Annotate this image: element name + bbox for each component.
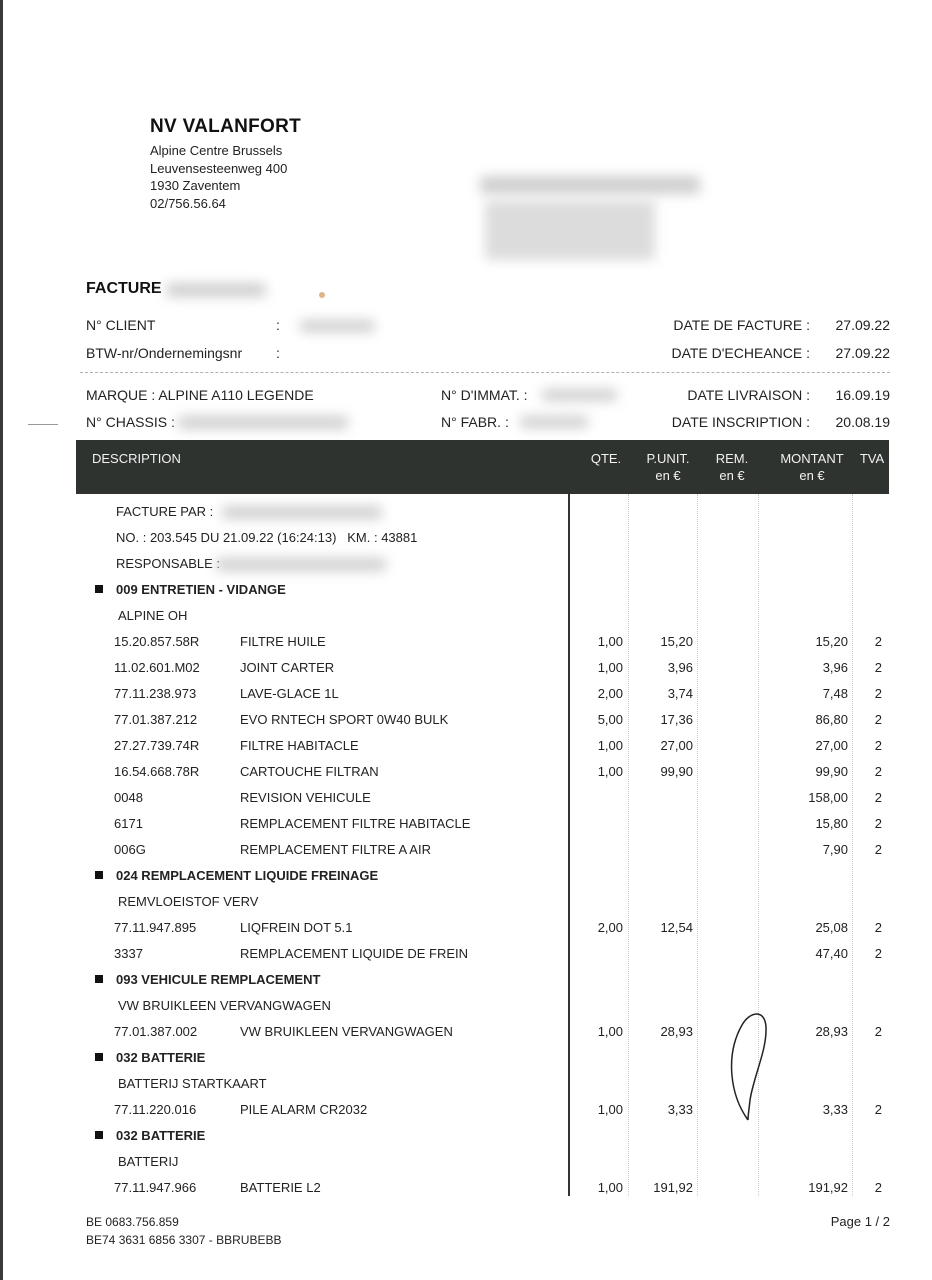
table-row: 15.20.857.58RFILTRE HUILE1,0015,2015,202 bbox=[76, 634, 889, 660]
table-row: 16.54.668.78RCARTOUCHE FILTRAN1,0099,909… bbox=[76, 764, 889, 790]
btw-label: BTW-nr/Ondernemingsnr bbox=[86, 345, 242, 361]
order-reference: NO. : 203.545 DU 21.09.22 (16:24:13) KM.… bbox=[116, 530, 929, 556]
amount: 15,20 bbox=[815, 634, 848, 649]
subsection-text: VW BRUIKLEEN VERVANGWAGEN bbox=[118, 998, 331, 1013]
redacted-chassis bbox=[178, 416, 348, 429]
square-bullet-icon bbox=[95, 585, 103, 593]
col-discount: REM. en € bbox=[708, 450, 756, 484]
table-row: 77.11.947.895LIQFREIN DOT 5.12,0012,5425… bbox=[76, 920, 889, 946]
part-code: 77.11.947.895 bbox=[114, 920, 196, 935]
unit-price: 15,20 bbox=[660, 634, 693, 649]
vat-code: 2 bbox=[875, 1024, 882, 1039]
subsection-label: BATTERIJ bbox=[76, 1154, 889, 1180]
section-divider bbox=[80, 372, 890, 373]
part-code: 77.11.220.016 bbox=[114, 1102, 196, 1117]
bank-account: BE74 3631 6856 3307 - BBRUBEBB bbox=[86, 1233, 281, 1247]
section-title: 009 ENTRETIEN - VIDANGE bbox=[116, 582, 286, 597]
table-row: 11.02.601.M02JOINT CARTER1,003,963,962 bbox=[76, 660, 889, 686]
subsection-text: BATTERIJ bbox=[118, 1154, 178, 1169]
redacted-client-number bbox=[300, 320, 375, 332]
col-description: DESCRIPTION bbox=[92, 450, 181, 467]
redacted-manufacturer-number bbox=[520, 416, 588, 428]
item-description: CARTOUCHE FILTRAN bbox=[240, 764, 379, 779]
part-code: 0048 bbox=[114, 790, 143, 805]
item-description: REVISION VEHICULE bbox=[240, 790, 371, 805]
col-unit-price: P.UNIT. en € bbox=[638, 450, 698, 484]
subsection-text: REMVLOEISTOF VERV bbox=[118, 894, 258, 909]
vat-code: 2 bbox=[875, 842, 882, 857]
vat-code: 2 bbox=[875, 1180, 882, 1195]
subsection-label: ALPINE OH bbox=[76, 608, 889, 634]
btw-colon: : bbox=[276, 345, 280, 361]
square-bullet-icon bbox=[95, 1053, 103, 1061]
quantity: 1,00 bbox=[598, 1024, 623, 1039]
quantity: 2,00 bbox=[598, 686, 623, 701]
table-row: 3337REMPLACEMENT LIQUIDE DE FREIN47,402 bbox=[76, 946, 889, 972]
part-code: 27.27.739.74R bbox=[114, 738, 199, 753]
company-address-line: Alpine Centre Brussels bbox=[150, 143, 282, 158]
amount: 7,90 bbox=[823, 842, 848, 857]
part-code: 16.54.668.78R bbox=[114, 764, 199, 779]
vat-code: 2 bbox=[875, 634, 882, 649]
section-title: 024 REMPLACEMENT LIQUIDE FREINAGE bbox=[116, 868, 378, 883]
vat-code: 2 bbox=[875, 790, 882, 805]
item-description: REMPLACEMENT FILTRE HABITACLE bbox=[240, 816, 470, 831]
part-code: 77.11.947.966 bbox=[114, 1180, 196, 1195]
delivery-date: 16.09.19 bbox=[836, 387, 891, 403]
amount: 3,96 bbox=[823, 660, 848, 675]
square-bullet-icon bbox=[95, 975, 103, 983]
vehicle-brand: MARQUE : ALPINE A110 LEGENDE bbox=[86, 387, 314, 403]
delivery-date-label: DATE LIVRAISON : bbox=[687, 387, 810, 403]
table-header: DESCRIPTION QTE. P.UNIT. en € REM. en € … bbox=[76, 440, 889, 494]
invoice-date-label: DATE DE FACTURE : bbox=[673, 317, 810, 333]
redacted-recipient-address bbox=[480, 176, 700, 194]
section-title: 032 BATTERIE bbox=[116, 1050, 205, 1065]
redacted-invoiced-by bbox=[222, 506, 382, 519]
vat-code: 2 bbox=[875, 764, 882, 779]
item-description: FILTRE HABITACLE bbox=[240, 738, 359, 753]
item-description: BATTERIE L2 bbox=[240, 1180, 321, 1195]
manufacturer-number-label: N° FABR. : bbox=[441, 414, 509, 430]
table-row: 77.11.238.973LAVE-GLACE 1L2,003,747,482 bbox=[76, 686, 889, 712]
item-description: VW BRUIKLEEN VERVANGWAGEN bbox=[240, 1024, 453, 1039]
part-code: 11.02.601.M02 bbox=[114, 660, 200, 675]
vat-code: 2 bbox=[875, 686, 882, 701]
company-address-line: 1930 Zaventem bbox=[150, 178, 240, 193]
part-code: 3337 bbox=[114, 946, 143, 961]
part-code: 15.20.857.58R bbox=[114, 634, 199, 649]
unit-price: 17,36 bbox=[660, 712, 693, 727]
amount: 191,92 bbox=[808, 1180, 848, 1195]
company-name: NV VALANFORT bbox=[150, 116, 301, 138]
due-date: 27.09.22 bbox=[836, 345, 891, 361]
table-row: 27.27.739.74RFILTRE HABITACLE1,0027,0027… bbox=[76, 738, 889, 764]
company-phone: 02/756.56.64 bbox=[150, 196, 226, 211]
registration-date-label: DATE INSCRIPTION : bbox=[672, 414, 810, 430]
item-description: LIQFREIN DOT 5.1 bbox=[240, 920, 352, 935]
vat-code: 2 bbox=[875, 660, 882, 675]
vat-code: 2 bbox=[875, 946, 882, 961]
col-qte: QTE. bbox=[590, 450, 622, 467]
page-indicator: Page 1 / 2 bbox=[831, 1214, 890, 1229]
item-description: PILE ALARM CR2032 bbox=[240, 1102, 367, 1117]
square-bullet-icon bbox=[95, 871, 103, 879]
scan-edge bbox=[0, 0, 3, 1280]
subsection-text: ALPINE OH bbox=[118, 608, 187, 623]
item-description: FILTRE HUILE bbox=[240, 634, 326, 649]
unit-price: 191,92 bbox=[653, 1180, 693, 1195]
vat-number: BE 0683.756.859 bbox=[86, 1215, 179, 1229]
subsection-text: BATTERIJ STARTKAART bbox=[118, 1076, 267, 1091]
table-row: 0048REVISION VEHICULE158,002 bbox=[76, 790, 889, 816]
item-description: JOINT CARTER bbox=[240, 660, 334, 675]
unit-price: 3,33 bbox=[668, 1102, 693, 1117]
vat-code: 2 bbox=[875, 920, 882, 935]
amount: 15,80 bbox=[815, 816, 848, 831]
redacted-registration bbox=[542, 389, 617, 401]
part-code: 6171 bbox=[114, 816, 143, 831]
redacted-recipient-address bbox=[485, 200, 655, 260]
table-row: 006GREMPLACEMENT FILTRE A AIR7,902 bbox=[76, 842, 889, 868]
amount: 25,08 bbox=[815, 920, 848, 935]
item-description: LAVE-GLACE 1L bbox=[240, 686, 339, 701]
client-number-colon: : bbox=[276, 317, 280, 333]
square-bullet-icon bbox=[95, 1131, 103, 1139]
company-address-line: Leuvensesteenweg 400 bbox=[150, 161, 287, 176]
unit-price: 27,00 bbox=[660, 738, 693, 753]
table-row: 6171REMPLACEMENT FILTRE HABITACLE15,802 bbox=[76, 816, 889, 842]
vat-code: 2 bbox=[875, 1102, 882, 1117]
registration-date: 20.08.19 bbox=[836, 414, 891, 430]
amount: 158,00 bbox=[808, 790, 848, 805]
section-heading: 093 VEHICULE REMPLACEMENT bbox=[76, 972, 889, 998]
quantity: 5,00 bbox=[598, 712, 623, 727]
handwritten-signature bbox=[720, 1005, 780, 1125]
quantity: 1,00 bbox=[598, 660, 623, 675]
section-title: 093 VEHICULE REMPLACEMENT bbox=[116, 972, 320, 987]
section-heading: 032 BATTERIE bbox=[76, 1128, 889, 1154]
redacted-invoice-number bbox=[166, 283, 266, 297]
paper-stain bbox=[319, 292, 325, 298]
amount: 28,93 bbox=[815, 1024, 848, 1039]
item-description: REMPLACEMENT LIQUIDE DE FREIN bbox=[240, 946, 468, 961]
part-code: 77.11.238.973 bbox=[114, 686, 196, 701]
unit-price: 99,90 bbox=[660, 764, 693, 779]
amount: 3,33 bbox=[823, 1102, 848, 1117]
amount: 99,90 bbox=[815, 764, 848, 779]
amount: 7,48 bbox=[823, 686, 848, 701]
section-heading: 009 ENTRETIEN - VIDANGE bbox=[76, 582, 889, 608]
quantity: 1,00 bbox=[598, 1102, 623, 1117]
quantity: 1,00 bbox=[598, 634, 623, 649]
part-code: 77.01.387.212 bbox=[114, 712, 197, 727]
vat-code: 2 bbox=[875, 738, 882, 753]
amount: 47,40 bbox=[815, 946, 848, 961]
subsection-label: REMVLOEISTOF VERV bbox=[76, 894, 889, 920]
unit-price: 3,74 bbox=[668, 686, 693, 701]
client-number-label: N° CLIENT bbox=[86, 317, 155, 333]
redacted-responsible bbox=[216, 558, 386, 571]
part-code: 77.01.387.002 bbox=[114, 1024, 197, 1039]
quantity: 1,00 bbox=[598, 764, 623, 779]
section-title: 032 BATTERIE bbox=[116, 1128, 205, 1143]
quantity: 1,00 bbox=[598, 738, 623, 753]
part-code: 006G bbox=[114, 842, 146, 857]
registration-label: N° D'IMMAT. : bbox=[441, 387, 528, 403]
section-heading: 024 REMPLACEMENT LIQUIDE FREINAGE bbox=[76, 868, 889, 894]
vat-code: 2 bbox=[875, 712, 882, 727]
invoice-title: FACTURE bbox=[86, 280, 162, 298]
item-description: REMPLACEMENT FILTRE A AIR bbox=[240, 842, 431, 857]
amount: 86,80 bbox=[815, 712, 848, 727]
unit-price: 3,96 bbox=[668, 660, 693, 675]
unit-price: 28,93 bbox=[660, 1024, 693, 1039]
item-description: EVO RNTECH SPORT 0W40 BULK bbox=[240, 712, 448, 727]
col-amount: MONTANT en € bbox=[772, 450, 852, 484]
chassis-label: N° CHASSIS : bbox=[86, 414, 175, 430]
due-date-label: DATE D'ECHEANCE : bbox=[671, 345, 810, 361]
unit-price: 12,54 bbox=[660, 920, 693, 935]
table-row: 77.01.387.212EVO RNTECH SPORT 0W40 BULK5… bbox=[76, 712, 889, 738]
scan-mark bbox=[28, 424, 58, 425]
vat-code: 2 bbox=[875, 816, 882, 831]
quantity: 1,00 bbox=[598, 1180, 623, 1195]
col-vat: TVA bbox=[858, 450, 886, 467]
invoice-date: 27.09.22 bbox=[836, 317, 891, 333]
amount: 27,00 bbox=[815, 738, 848, 753]
quantity: 2,00 bbox=[598, 920, 623, 935]
table-row: 77.11.947.966BATTERIE L21,00191,92191,92… bbox=[76, 1180, 889, 1206]
